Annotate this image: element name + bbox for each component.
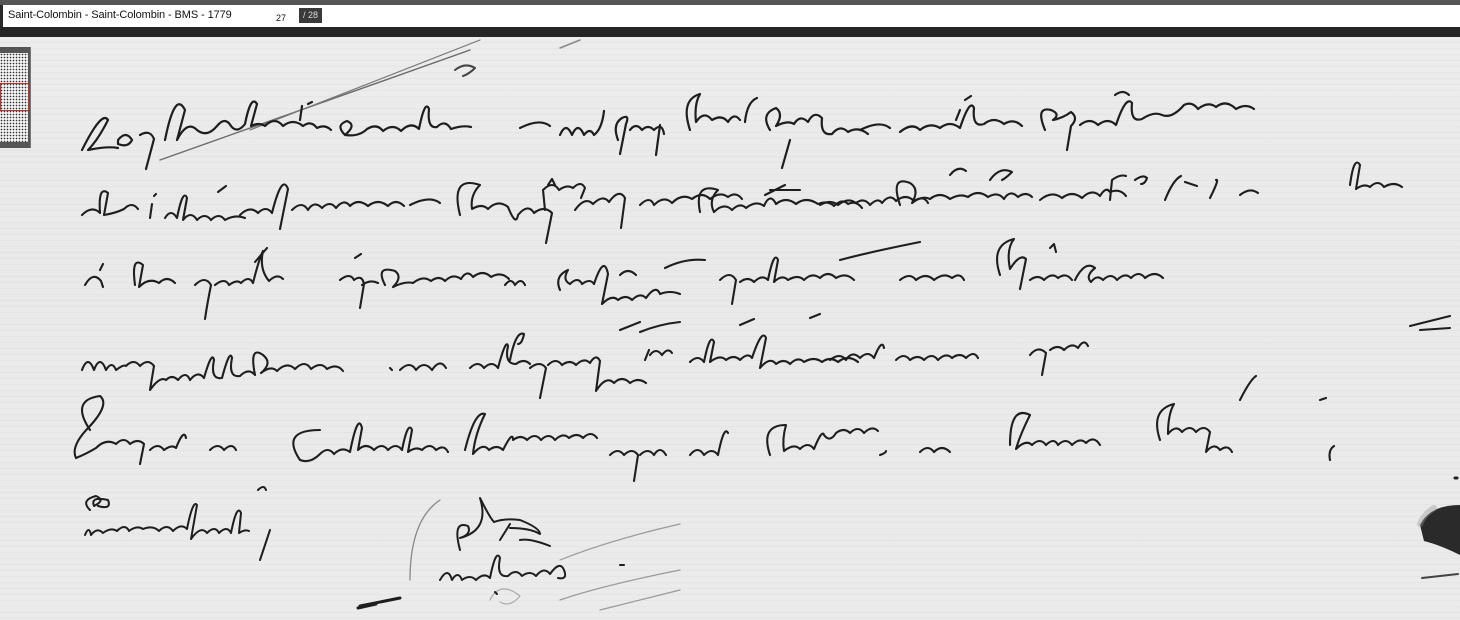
document-title: Saint-Colombin - Saint-Colombin - BMS - …	[8, 9, 232, 21]
title-bar: Saint-Colombin - Saint-Colombin - BMS - …	[3, 5, 1460, 27]
document-viewer[interactable]: Le dix huitième décembre mil sept cent s…	[0, 37, 1460, 620]
handwritten-page-image	[0, 37, 1460, 620]
total-pages-indicator: / 28	[299, 8, 322, 23]
toolbar-strip	[0, 27, 1460, 37]
page-thumbnail-navigator[interactable]	[0, 47, 31, 148]
current-page-number[interactable]: 27	[276, 13, 286, 23]
thumbnail-viewport-selection[interactable]	[0, 83, 29, 111]
